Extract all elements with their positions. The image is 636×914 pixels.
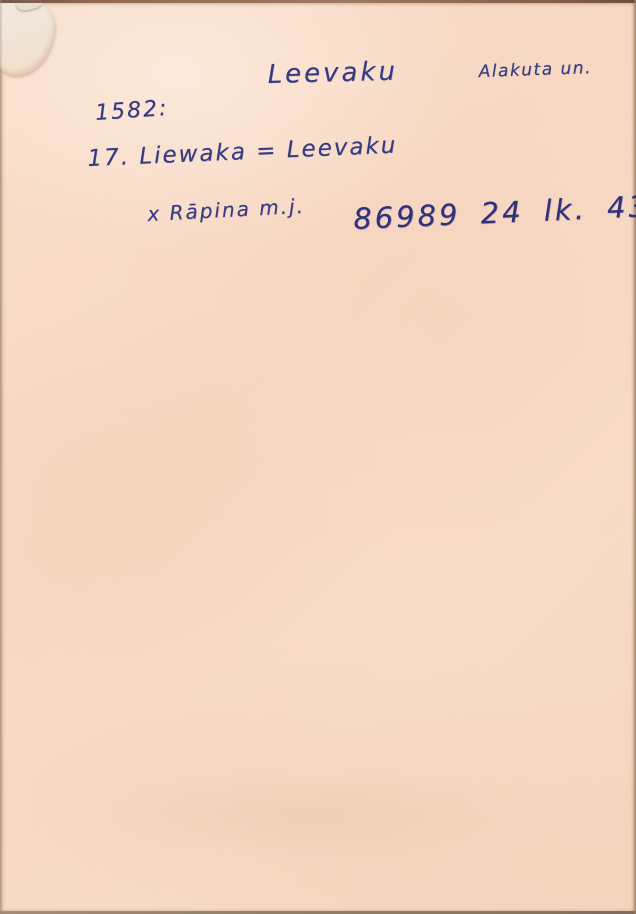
corner-annotation: Alakuta un. <box>478 58 592 82</box>
year-annotation: 1582: <box>94 96 169 126</box>
entry-line: 17. Liewaka = Leevaku <box>87 132 398 172</box>
source-annotation: x Rāpina m.j. <box>147 194 306 226</box>
reference-number: 86989 24 lk. 43 <box>353 189 636 236</box>
tape-mark <box>0 0 59 80</box>
place-name-heading: Leevaku <box>267 57 398 90</box>
scan-edge-left <box>0 0 2 914</box>
scanned-card: Leevaku Alakuta un. 1582: 17. Liewaka = … <box>0 0 636 914</box>
scan-edge-top <box>0 0 636 3</box>
